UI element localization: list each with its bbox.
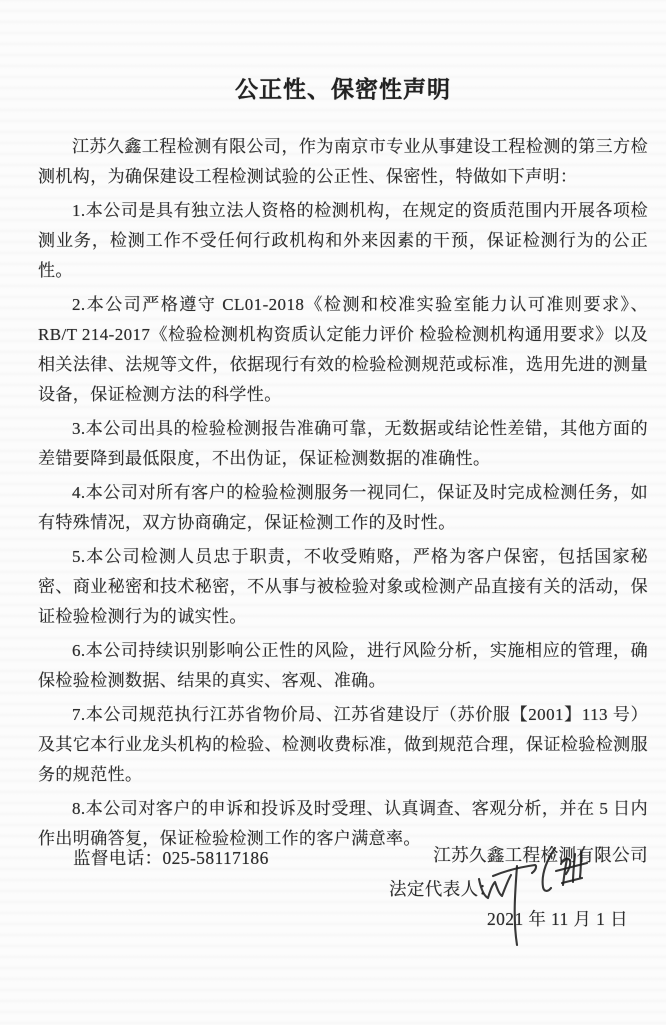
- page-title: 公正性、保密性声明: [38, 75, 648, 105]
- company-name: 江苏久鑫工程检测有限公司: [433, 842, 648, 868]
- paragraph-clause-5: 5.本公司检测人员忠于职责，不收受贿赂，严格为客户保密，包括国家秘密、商业秘密和…: [38, 542, 648, 632]
- paragraph-intro: 江苏久鑫工程检测有限公司，作为南京市专业从事建设工程检测的第三方检测机构，为确保…: [38, 132, 648, 192]
- paragraph-clause-3: 3.本公司出具的检验检测报告准确可靠，无数据或结论性差错，其他方面的差错要降到最…: [38, 414, 648, 474]
- paragraph-clause-1: 1.本公司是具有独立法人资格的检测机构，在规定的资质范围内开展各项检测业务，检测…: [38, 196, 648, 286]
- paragraph-clause-7: 7.本公司规范执行江苏省物价局、江苏省建设厅（苏价服【2001】113 号）及其…: [38, 700, 648, 790]
- paragraph-clause-6: 6.本公司持续识别影响公正性的风险，进行风险分析，实施相应的管理，确保检验检测数…: [38, 636, 648, 696]
- document-body: 江苏久鑫工程检测有限公司，作为南京市专业从事建设工程检测的第三方检测机构，为确保…: [38, 132, 648, 854]
- paragraph-clause-4: 4.本公司对所有客户的检验检测服务一视同仁，保证及时完成检测任务，如有特殊情况，…: [38, 478, 648, 538]
- legal-representative-label: 法定代表人：: [389, 876, 496, 902]
- supervision-phone: 监督电话：025-58117186: [73, 845, 269, 871]
- document-page: 公正性、保密性声明 江苏久鑫工程检测有限公司，作为南京市专业从事建设工程检测的第…: [0, 0, 666, 1025]
- document-date: 2021 年 11 月 1 日: [487, 906, 628, 932]
- paragraph-clause-2: 2.本公司严格遵守 CL01-2018《检测和校准实验室能力认可准则要求》、RB…: [38, 290, 648, 410]
